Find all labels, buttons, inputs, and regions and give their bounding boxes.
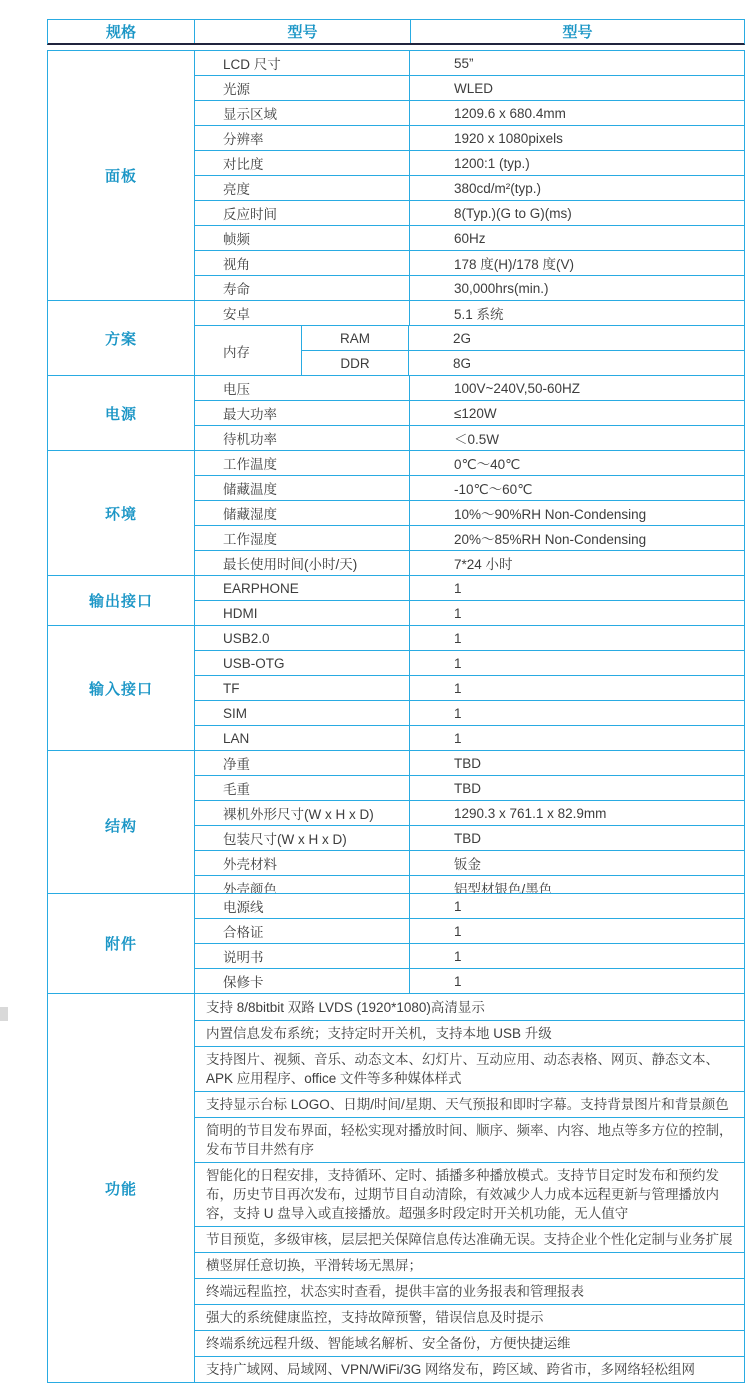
table-row: 工作湿度20%～85%RH Non-Condensing (195, 525, 744, 550)
section-rows: 净重TBD毛重TBD裸机外形尺寸(W x H x D)1290.3 x 761.… (195, 751, 744, 900)
value-cell: 1 (410, 726, 744, 750)
value-cell: 1 (410, 701, 744, 725)
table-row: TF1 (195, 675, 744, 700)
feature-row: 支持显示台标 LOGO、日期/时间/星期、天气预报和即时字幕。支持背景图片和背景… (195, 1091, 744, 1117)
table-row: 电压100V~240V,50-60HZ (195, 376, 744, 400)
param-cell: 亮度 (195, 176, 410, 200)
param-cell: 电压 (195, 376, 410, 400)
value-cell: WLED (410, 76, 744, 100)
table-row: 工作温度0℃～40℃ (195, 451, 744, 475)
header-cell-model-2: 型号 (410, 20, 744, 43)
value-cell: 5.1 系统 (410, 301, 744, 325)
value-cell: 1 (410, 894, 744, 918)
value-cell: 10%～90%RH Non-Condensing (410, 501, 744, 525)
memory-row: 内存RAM2GDDR8G (195, 325, 744, 375)
param-cell: LCD 尺寸 (195, 51, 410, 75)
value-cell: 1200:1 (typ.) (410, 151, 744, 175)
accessories-features-table: 附件电源线1合格证1说明书1保修卡1功能支持 8/8bitbit 双路 LVDS… (47, 893, 745, 1383)
value-cell: 1 (410, 601, 744, 625)
param-cell: EARPHONE (195, 576, 410, 600)
page-edge-mark (0, 1007, 8, 1021)
memory-subrows: RAM2GDDR8G (302, 326, 744, 375)
section-rows: 电源线1合格证1说明书1保修卡1 (195, 894, 744, 993)
value-cell: 178 度(H)/178 度(V) (410, 251, 744, 275)
value-cell: 1 (410, 944, 744, 968)
param-cell: 寿命 (195, 276, 410, 300)
section-rows: 安卓5.1 系统内存RAM2GDDR8G (195, 301, 744, 375)
value-cell: 1 (410, 576, 744, 600)
param-cell: 分辨率 (195, 126, 410, 150)
table-row: 待机功率＜0.5W (195, 425, 744, 450)
spec-sheet-page: 规格 型号 型号 面板LCD 尺寸55”光源WLED显示区域1209.6 x 6… (0, 0, 750, 1389)
section-rows: USB2.01USB-OTG1TF1SIM1LAN1 (195, 626, 744, 750)
table-row: EARPHONE1 (195, 576, 744, 600)
param-cell: 对比度 (195, 151, 410, 175)
feature-row: 支持广域网、局域网、VPN/WiFi/3G 网络发布，跨区域、跨省市，多网络轻松… (195, 1356, 744, 1382)
value-cell: 1 (410, 969, 744, 993)
memory-sub-value: 8G (409, 351, 744, 375)
feature-rows: 支持 8/8bitbit 双路 LVDS (1920*1080)高清显示内置信息… (195, 994, 744, 1382)
param-cell: 最长使用时间(小时/天) (195, 551, 410, 575)
feature-row: 终端远程监控，状态实时查看，提供丰富的业务报表和管理报表 (195, 1278, 744, 1304)
param-cell: 储藏温度 (195, 476, 410, 500)
param-cell: 反应时间 (195, 201, 410, 225)
param-cell: 包装尺寸(W x H x D) (195, 826, 410, 850)
table-row: 最大功率≤120W (195, 400, 744, 425)
param-cell: USB-OTG (195, 651, 410, 675)
section-rows: LCD 尺寸55”光源WLED显示区域1209.6 x 680.4mm分辨率19… (195, 51, 744, 300)
value-cell: 30,000hrs(min.) (410, 276, 744, 300)
table-row: LCD 尺寸55” (195, 51, 744, 75)
param-cell: SIM (195, 701, 410, 725)
table-row: 裸机外形尺寸(W x H x D)1290.3 x 761.1 x 82.9mm (195, 800, 744, 825)
feature-row: 智能化的日程安排，支持循环、定时、插播多种播放模式。支持节目定时发布和预约发布，… (195, 1162, 744, 1226)
param-cell: 裸机外形尺寸(W x H x D) (195, 801, 410, 825)
table-row: 净重TBD (195, 751, 744, 775)
spec-section: 方案安卓5.1 系统内存RAM2GDDR8G (48, 300, 744, 375)
section-rows: 工作温度0℃～40℃储藏温度-10℃～60℃储藏湿度10%～90%RH Non-… (195, 451, 744, 575)
memory-sub-label: DDR (302, 351, 409, 375)
section-label: 输入接口 (48, 626, 195, 750)
memory-subrow: RAM2G (302, 326, 744, 350)
accessories-section: 附件电源线1合格证1说明书1保修卡1 (48, 894, 744, 993)
section-label: 电源 (48, 376, 195, 450)
section-label: 方案 (48, 301, 195, 375)
section-rows: EARPHONE1HDMI1 (195, 576, 744, 625)
section-label: 附件 (48, 894, 195, 993)
table-row: HDMI1 (195, 600, 744, 625)
header-cell-spec: 规格 (48, 20, 194, 43)
table-row: 对比度1200:1 (typ.) (195, 150, 744, 175)
param-cell: 说明书 (195, 944, 410, 968)
feature-row: 支持 8/8bitbit 双路 LVDS (1920*1080)高清显示 (195, 994, 744, 1020)
value-cell: ≤120W (410, 401, 744, 425)
section-label: 面板 (48, 51, 195, 300)
memory-param-cell: 内存 (195, 326, 302, 375)
value-cell: 1920 x 1080pixels (410, 126, 744, 150)
value-cell: 380cd/m²(typ.) (410, 176, 744, 200)
memory-subrow: DDR8G (302, 350, 744, 375)
table-row: 显示区域1209.6 x 680.4mm (195, 100, 744, 125)
table-row: 反应时间8(Typ.)(G to G)(ms) (195, 200, 744, 225)
value-cell: 1 (410, 676, 744, 700)
param-cell: 保修卡 (195, 969, 410, 993)
value-cell: -10℃～60℃ (410, 476, 744, 500)
param-cell: 毛重 (195, 776, 410, 800)
table-row: 储藏湿度10%～90%RH Non-Condensing (195, 500, 744, 525)
spec-section: 面板LCD 尺寸55”光源WLED显示区域1209.6 x 680.4mm分辨率… (48, 51, 744, 300)
table-row: 合格证1 (195, 918, 744, 943)
feature-row: 终端系统远程升级、智能域名解析、安全备份，方便快捷运维 (195, 1330, 744, 1356)
table-row: 光源WLED (195, 75, 744, 100)
table-row: 视角178 度(H)/178 度(V) (195, 250, 744, 275)
table-row: USB-OTG1 (195, 650, 744, 675)
table-row: 安卓5.1 系统 (195, 301, 744, 325)
spec-section: 环境工作温度0℃～40℃储藏温度-10℃～60℃储藏湿度10%～90%RH No… (48, 450, 744, 575)
table-row: 电源线1 (195, 894, 744, 918)
section-label: 功能 (48, 994, 195, 1382)
param-cell: 待机功率 (195, 426, 410, 450)
param-cell: 最大功率 (195, 401, 410, 425)
value-cell: TBD (410, 751, 744, 775)
value-cell: 钣金 (410, 851, 744, 875)
param-cell: 显示区域 (195, 101, 410, 125)
section-label: 结构 (48, 751, 195, 900)
param-cell: 合格证 (195, 919, 410, 943)
table-header-row: 规格 型号 型号 (47, 19, 745, 45)
value-cell: ＜0.5W (410, 426, 744, 450)
feature-row: 强大的系统健康监控，支持故障预警，错误信息及时提示 (195, 1304, 744, 1330)
table-row: 包装尺寸(W x H x D)TBD (195, 825, 744, 850)
value-cell: 60Hz (410, 226, 744, 250)
value-cell: 1 (410, 651, 744, 675)
value-cell: 1 (410, 626, 744, 650)
section-label: 输出接口 (48, 576, 195, 625)
param-cell: 工作温度 (195, 451, 410, 475)
value-cell: 55” (410, 51, 744, 75)
section-rows: 电压100V~240V,50-60HZ最大功率≤120W待机功率＜0.5W (195, 376, 744, 450)
header-cell-model-1: 型号 (194, 20, 410, 43)
param-cell: HDMI (195, 601, 410, 625)
table-row: 亮度380cd/m²(typ.) (195, 175, 744, 200)
param-cell: 安卓 (195, 301, 410, 325)
section-label: 环境 (48, 451, 195, 575)
feature-row: 简明的节目发布界面，轻松实现对播放时间、顺序、频率、内容、地点等多方位的控制，发… (195, 1117, 744, 1162)
table-row: 帧频60Hz (195, 225, 744, 250)
feature-row: 支持图片、视频、音乐、动态文本、幻灯片、互动应用、动态表格、网页、静态文本、AP… (195, 1046, 744, 1091)
value-cell: 0℃～40℃ (410, 451, 744, 475)
feature-row: 横竖屏任意切换，平滑转场无黑屏； (195, 1252, 744, 1278)
value-cell: 7*24 小时 (410, 551, 744, 575)
value-cell: 100V~240V,50-60HZ (410, 376, 744, 400)
feature-row: 节目预览，多级审核，层层把关保障信息传达准确无误。支持企业个性化定制与业务扩展 (195, 1226, 744, 1252)
table-row: 分辨率1920 x 1080pixels (195, 125, 744, 150)
table-row: 毛重TBD (195, 775, 744, 800)
table-row: LAN1 (195, 725, 744, 750)
spec-table: 面板LCD 尺寸55”光源WLED显示区域1209.6 x 680.4mm分辨率… (47, 50, 745, 926)
table-row: 寿命30,000hrs(min.) (195, 275, 744, 300)
param-cell: 外壳材料 (195, 851, 410, 875)
table-row: 说明书1 (195, 943, 744, 968)
feature-row: 内置信息发布系统；支持定时开关机，支持本地 USB 升级 (195, 1020, 744, 1046)
param-cell: 净重 (195, 751, 410, 775)
table-row: USB2.01 (195, 626, 744, 650)
value-cell: 1209.6 x 680.4mm (410, 101, 744, 125)
value-cell: TBD (410, 776, 744, 800)
param-cell: 电源线 (195, 894, 410, 918)
value-cell: 1290.3 x 761.1 x 82.9mm (410, 801, 744, 825)
spec-section: 结构净重TBD毛重TBD裸机外形尺寸(W x H x D)1290.3 x 76… (48, 750, 744, 900)
memory-sub-label: RAM (302, 326, 409, 350)
value-cell: 8(Typ.)(G to G)(ms) (410, 201, 744, 225)
table-row: 最长使用时间(小时/天)7*24 小时 (195, 550, 744, 575)
table-row: 外壳材料钣金 (195, 850, 744, 875)
table-row: 保修卡1 (195, 968, 744, 993)
param-cell: USB2.0 (195, 626, 410, 650)
value-cell: 1 (410, 919, 744, 943)
param-cell: LAN (195, 726, 410, 750)
value-cell: 20%～85%RH Non-Condensing (410, 526, 744, 550)
table-row: 储藏温度-10℃～60℃ (195, 475, 744, 500)
memory-sub-value: 2G (409, 326, 744, 350)
spec-section: 输入接口USB2.01USB-OTG1TF1SIM1LAN1 (48, 625, 744, 750)
table-row: SIM1 (195, 700, 744, 725)
spec-section: 电源电压100V~240V,50-60HZ最大功率≤120W待机功率＜0.5W (48, 375, 744, 450)
param-cell: TF (195, 676, 410, 700)
param-cell: 光源 (195, 76, 410, 100)
param-cell: 储藏湿度 (195, 501, 410, 525)
features-section: 功能支持 8/8bitbit 双路 LVDS (1920*1080)高清显示内置… (48, 993, 744, 1382)
param-cell: 帧频 (195, 226, 410, 250)
spec-section: 输出接口EARPHONE1HDMI1 (48, 575, 744, 625)
param-cell: 工作湿度 (195, 526, 410, 550)
value-cell: TBD (410, 826, 744, 850)
param-cell: 视角 (195, 251, 410, 275)
